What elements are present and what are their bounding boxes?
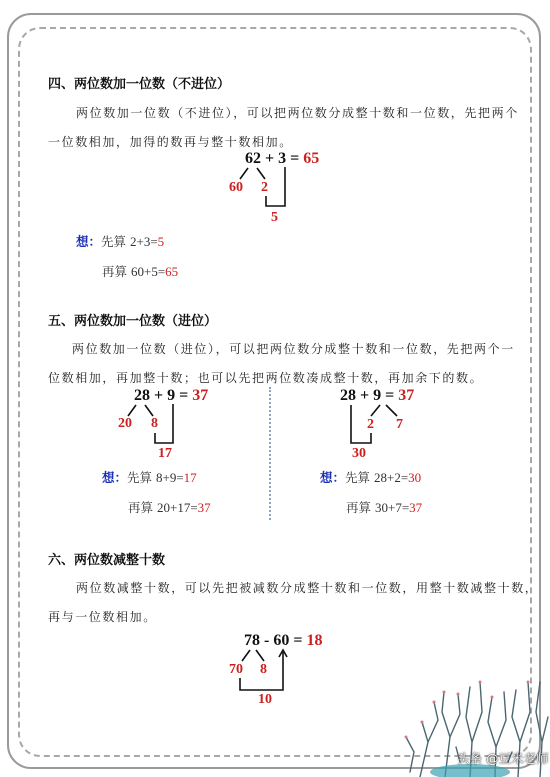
watermark: 头条 @豆米老师 xyxy=(457,749,548,767)
